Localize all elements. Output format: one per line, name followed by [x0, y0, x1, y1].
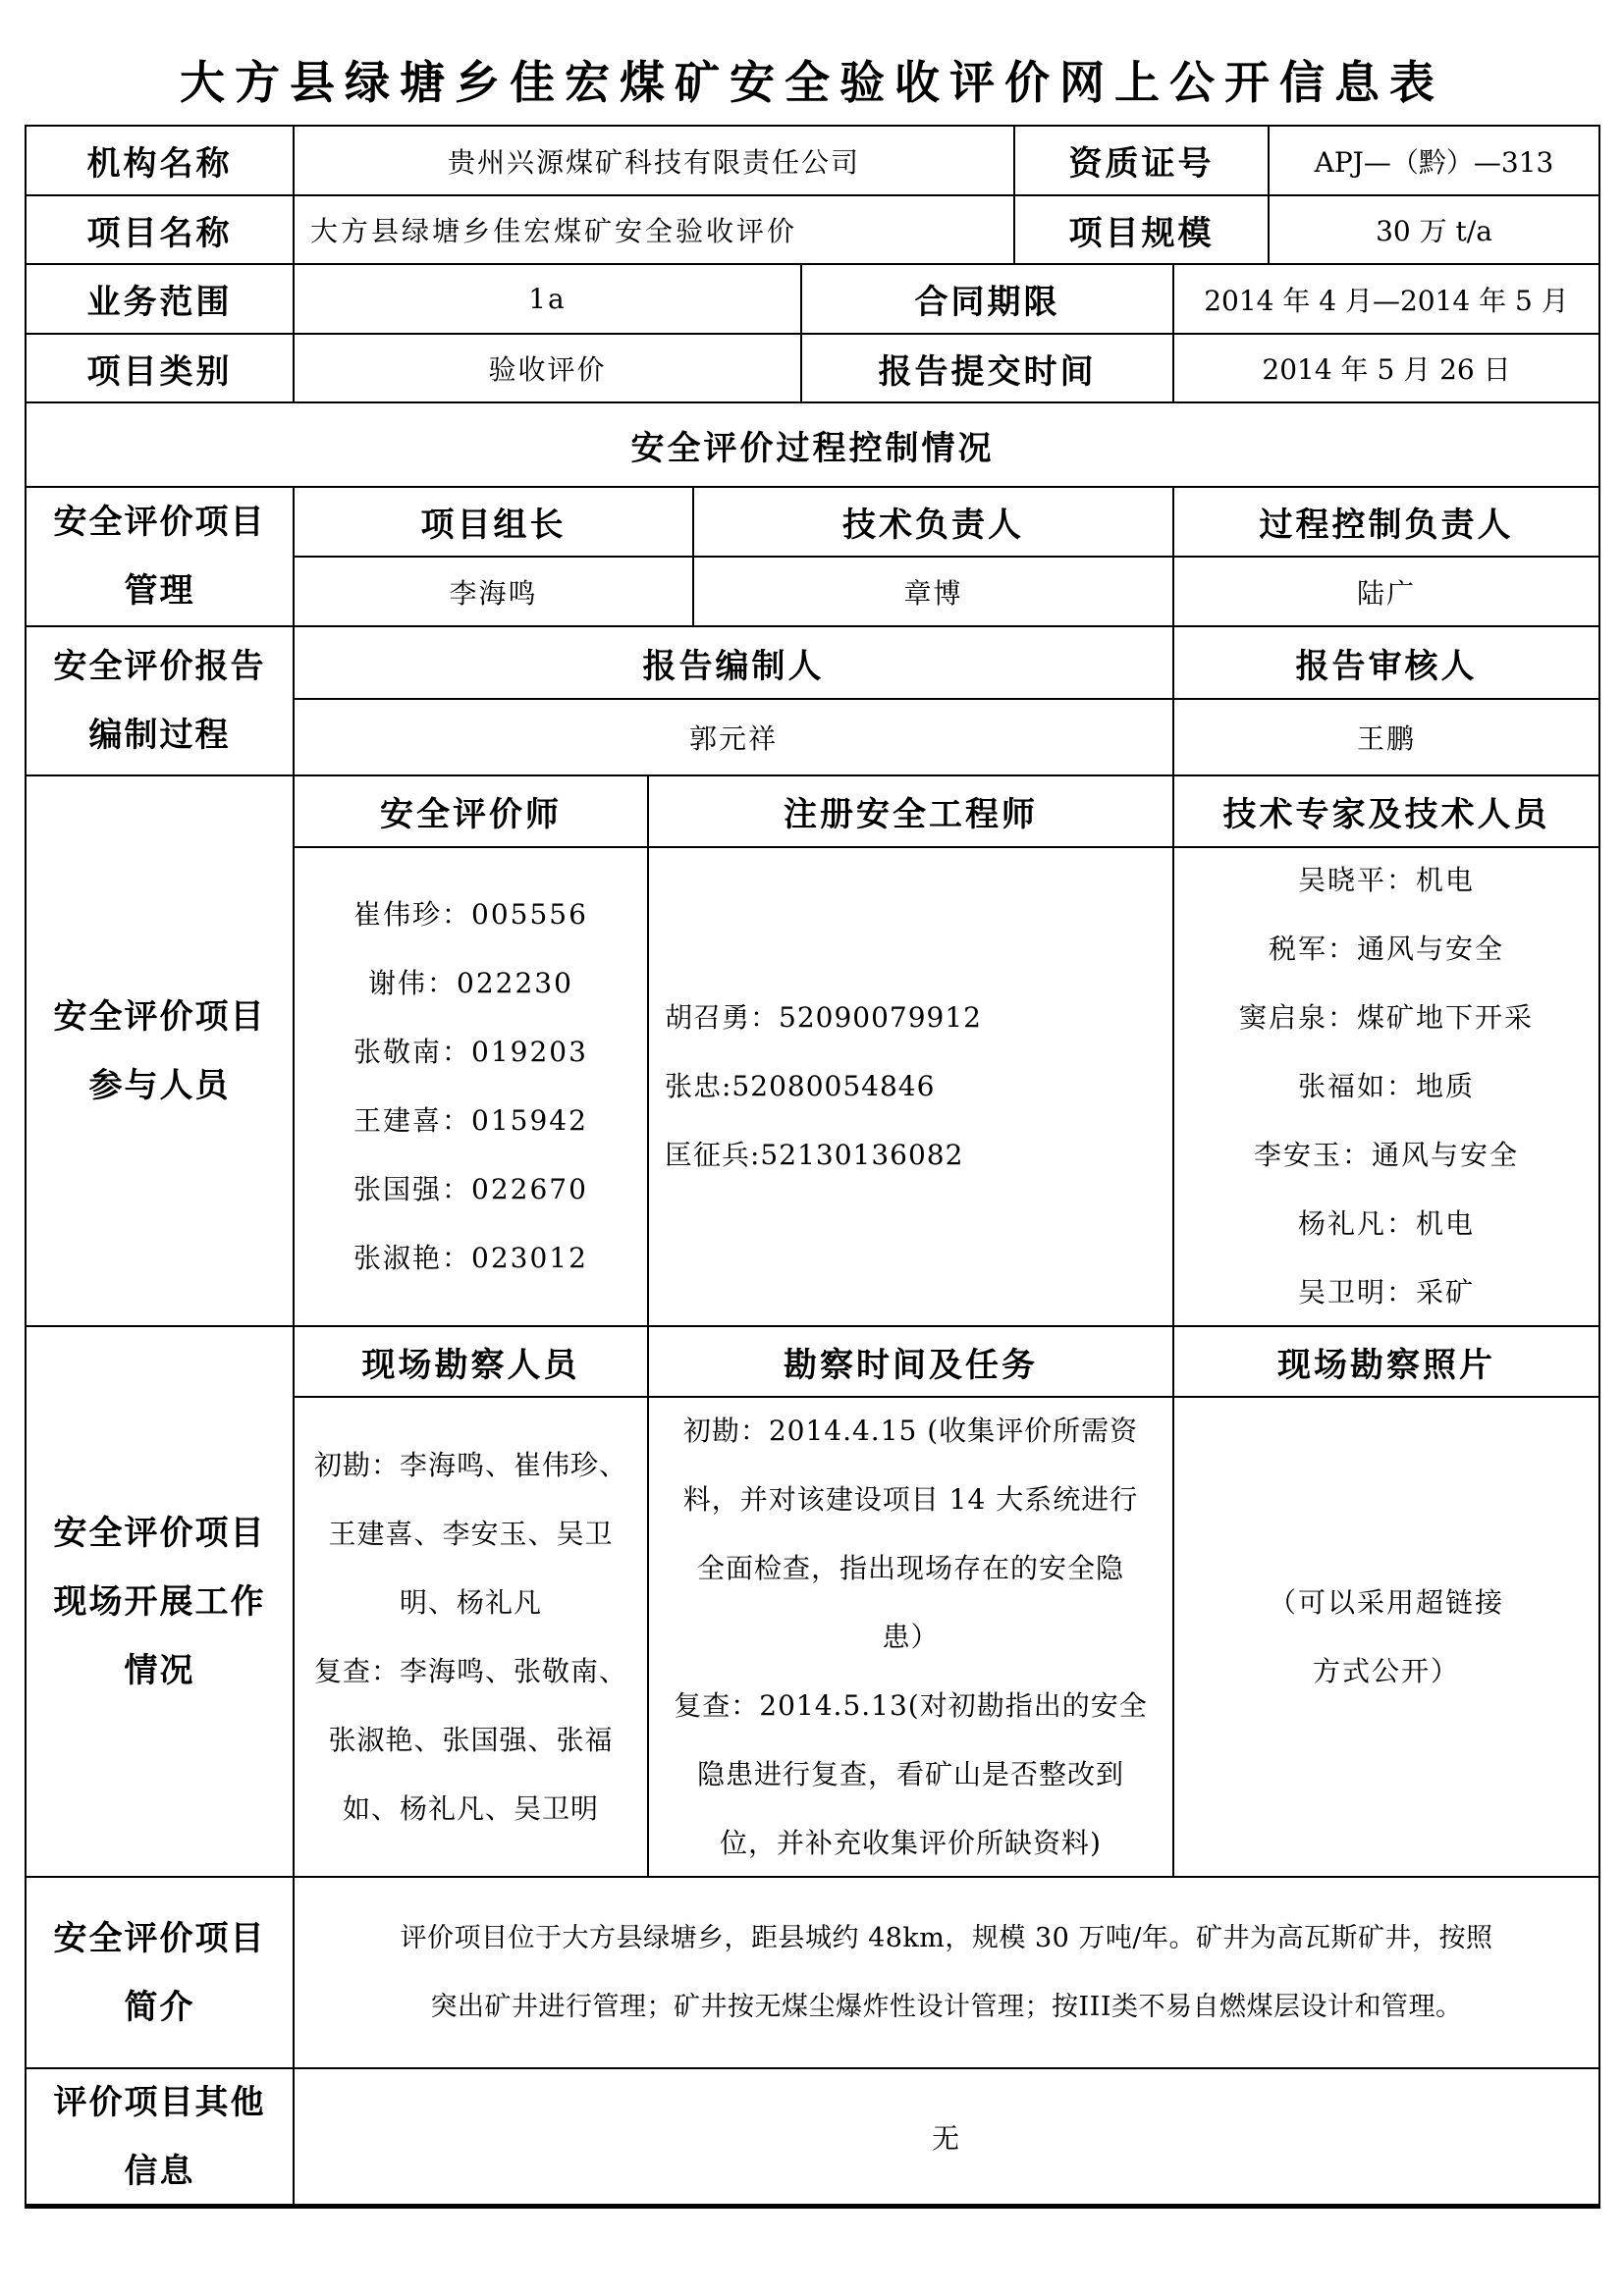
staff-line: 张淑艳、张国强、张福 — [328, 1706, 613, 1775]
intro-label-line2: 简介 — [125, 1973, 195, 2042]
intro-text: 评价项目位于大方县绿塘乡，距县城约 48km，规模 30 万吨/年。矿井为高瓦斯… — [293, 1876, 1600, 2069]
evaluator-item: 张淑艳：023012 — [353, 1224, 588, 1293]
mgmt-header-process: 过程控制负责人 — [1172, 486, 1600, 558]
intro-label: 安全评价项目 简介 — [25, 1876, 295, 2069]
category-label: 项目类别 — [25, 333, 295, 403]
expert-item: 吴卫明：采矿 — [1298, 1258, 1475, 1327]
scale-value: 30 万 t/a — [1268, 194, 1600, 265]
mgmt-value-tech: 章博 — [692, 556, 1174, 627]
evaluator-item: 张敬南：019203 — [353, 1018, 588, 1087]
evaluator-list: 崔伟珍：005556 谢伟：022230 张敬南：019203 王建喜：0159… — [293, 846, 649, 1327]
other-label: 评价项目其他 信息 — [25, 2067, 295, 2209]
expert-item: 杨礼凡：机电 — [1298, 1190, 1475, 1258]
engineer-item: 匡征兵:52130136082 — [665, 1121, 963, 1190]
expert-list: 吴晓平：机电 税军：通风与安全 窦启泉：煤矿地下开采 张福如：地质 李安玉：通风… — [1172, 846, 1600, 1327]
management-label-line2: 管理 — [125, 557, 195, 625]
fieldwork-header-tasks: 勘察时间及任务 — [647, 1325, 1174, 1398]
task-line: 患） — [882, 1603, 939, 1672]
other-label-line2: 信息 — [125, 2137, 195, 2206]
photo-note-line: 方式公开） — [1313, 1637, 1460, 1706]
photo-note-line: （可以采用超链接 — [1269, 1569, 1504, 1637]
staff-line: 初勘：李海鸣、崔伟珍、 — [314, 1431, 627, 1500]
report-header-author: 报告编制人 — [293, 625, 1174, 700]
expert-item: 窦启泉：煤矿地下开采 — [1239, 984, 1534, 1052]
cert-label: 资质证号 — [1013, 125, 1270, 196]
contract-label: 合同期限 — [800, 263, 1174, 335]
task-line: 全面检查，指出现场存在的安全隐 — [697, 1534, 1124, 1603]
project-name-label: 项目名称 — [25, 194, 295, 265]
submit-label: 报告提交时间 — [800, 333, 1174, 403]
report-label-line2: 编制过程 — [89, 701, 231, 770]
evaluator-item: 王建喜：015942 — [353, 1087, 588, 1155]
org-name-value: 贵州兴源煤矿科技有限责任公司 — [293, 125, 1015, 196]
category-value: 验收评价 — [293, 333, 802, 403]
management-label: 安全评价项目 管理 — [25, 486, 295, 627]
mgmt-value-leader: 李海鸣 — [293, 556, 694, 627]
fieldwork-label-line2: 现场开展工作 — [54, 1568, 266, 1636]
other-label-line1: 评价项目其他 — [54, 2068, 266, 2137]
cert-value: APJ—（黔）—313 — [1268, 125, 1600, 196]
evaluator-item: 崔伟珍：005556 — [353, 881, 588, 949]
staff-line: 如、杨礼凡、吴卫明 — [343, 1775, 599, 1843]
expert-item: 张福如：地质 — [1298, 1052, 1475, 1121]
personnel-header-engineers: 注册安全工程师 — [647, 774, 1174, 848]
personnel-header-experts: 技术专家及技术人员 — [1172, 774, 1600, 848]
report-value-reviewer: 王鹏 — [1172, 698, 1600, 776]
scope-label: 业务范围 — [25, 263, 295, 335]
project-name-value: 大方县绿塘乡佳宏煤矿安全验收评价 — [293, 194, 1015, 265]
fieldwork-photos: （可以采用超链接 方式公开） — [1172, 1396, 1600, 1878]
staff-line: 王建喜、李安玉、吴卫 — [328, 1500, 613, 1569]
report-label-line1: 安全评价报告 — [54, 632, 266, 701]
task-line: 料，并对该建设项目 14 大系统进行 — [683, 1466, 1138, 1534]
scale-label: 项目规模 — [1013, 194, 1270, 265]
scope-value: 1a — [293, 263, 802, 335]
engineer-item: 胡召勇：52090079912 — [665, 984, 982, 1052]
fieldwork-label-line1: 安全评价项目 — [54, 1499, 266, 1568]
contract-value: 2014 年 4 月—2014 年 5 月 — [1172, 263, 1600, 335]
fieldwork-staff: 初勘：李海鸣、崔伟珍、 王建喜、李安玉、吴卫 明、杨礼凡 复查：李海鸣、张敬南、… — [293, 1396, 649, 1878]
report-value-author: 郭元祥 — [293, 698, 1174, 776]
expert-item: 吴晓平：机电 — [1298, 846, 1475, 915]
mgmt-header-leader: 项目组长 — [293, 486, 694, 558]
expert-item: 李安玉：通风与安全 — [1254, 1121, 1519, 1190]
other-value: 无 — [293, 2067, 1600, 2209]
org-name-label: 机构名称 — [25, 125, 295, 196]
intro-line: 突出矿井进行管理；矿井按无煤尘爆炸性设计管理；按III类不易自燃煤层设计和管理。 — [431, 1973, 1463, 2042]
submit-value: 2014 年 5 月 26 日 — [1172, 333, 1600, 403]
fieldwork-tasks: 初勘：2014.4.15 (收集评价所需资 料，并对该建设项目 14 大系统进行… — [647, 1396, 1174, 1878]
expert-item: 税军：通风与安全 — [1269, 915, 1504, 984]
task-line: 隐患进行复查，看矿山是否整改到 — [697, 1740, 1124, 1809]
engineer-list: 胡召勇：52090079912 张忠:52080054846 匡征兵:52130… — [647, 846, 1174, 1327]
intro-line: 评价项目位于大方县绿塘乡，距县城约 48km，规模 30 万吨/年。矿井为高瓦斯… — [400, 1904, 1492, 1973]
intro-label-line1: 安全评价项目 — [54, 1904, 266, 1973]
evaluator-item: 谢伟：022230 — [368, 949, 573, 1018]
personnel-label: 安全评价项目 参与人员 — [25, 774, 295, 1327]
fieldwork-label-line3: 情况 — [125, 1636, 195, 1705]
process-header: 安全评价过程控制情况 — [25, 401, 1600, 488]
personnel-label-line1: 安全评价项目 — [54, 983, 266, 1051]
fieldwork-label: 安全评价项目 现场开展工作 情况 — [25, 1325, 295, 1878]
management-label-line1: 安全评价项目 — [54, 488, 266, 557]
personnel-label-line2: 参与人员 — [89, 1051, 231, 1120]
evaluator-item: 张国强：022670 — [353, 1155, 588, 1224]
mgmt-value-process: 陆广 — [1172, 556, 1600, 627]
staff-line: 明、杨礼凡 — [400, 1569, 542, 1637]
task-line: 复查：2014.5.13(对初勘指出的安全 — [674, 1672, 1147, 1740]
mgmt-header-tech: 技术负责人 — [692, 486, 1174, 558]
personnel-header-evaluators: 安全评价师 — [293, 774, 649, 848]
task-line: 位，并补充收集评价所缺资料) — [720, 1809, 1102, 1878]
task-line: 初勘：2014.4.15 (收集评价所需资 — [683, 1397, 1138, 1466]
fieldwork-header-photos: 现场勘察照片 — [1172, 1325, 1600, 1398]
engineer-item: 张忠:52080054846 — [665, 1052, 935, 1121]
report-header-reviewer: 报告审核人 — [1172, 625, 1600, 700]
page-title: 大方县绿塘乡佳宏煤矿安全验收评价网上公开信息表 — [0, 51, 1624, 114]
report-label: 安全评价报告 编制过程 — [25, 625, 295, 776]
staff-line: 复查：李海鸣、张敬南、 — [314, 1637, 627, 1706]
fieldwork-header-staff: 现场勘察人员 — [293, 1325, 649, 1398]
